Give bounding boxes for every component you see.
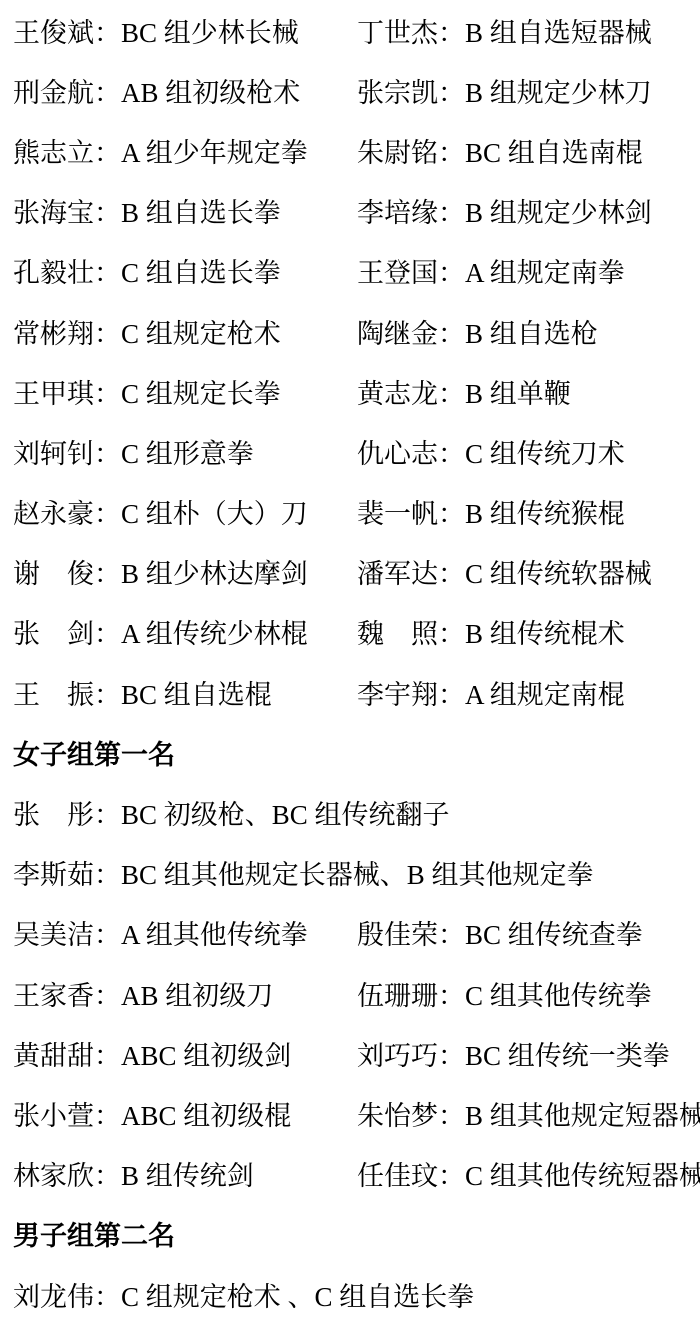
- athlete-entry: 孔毅壮：C 组自选长拳: [13, 251, 357, 290]
- athlete-entry: 王登国：A 组规定南拳: [357, 251, 694, 290]
- athlete-entry: 殷佳荣：BC 组传统查拳: [357, 913, 694, 952]
- athlete-entry: 熊志立：A 组少年规定拳: [13, 131, 357, 170]
- entry-row: 张小萱：ABC 组初级棍 朱怡梦：B 组其他规定短器械: [13, 1083, 694, 1143]
- entry-row: 张 剑：A 组传统少林棍 魏 照：B 组传统棍术: [13, 602, 694, 662]
- entry-row: 刑金航：AB 组初级枪术 张宗凯：B 组规定少林刀: [13, 60, 694, 120]
- entry-row: 谢 俊：B 组少林达摩剑 潘军达：C 组传统软器械: [13, 542, 694, 602]
- athlete-entry: 张 彤：BC 初级枪、BC 组传统翻子: [13, 793, 694, 832]
- entry-row: 黄甜甜：ABC 组初级剑 刘巧巧：BC 组传统一类拳: [13, 1023, 694, 1083]
- athlete-entry: 伍珊珊：C 组其他传统拳: [357, 974, 694, 1013]
- athlete-entry: 丁世杰：B 组自选短器械: [357, 11, 694, 50]
- athlete-entry: 朱怡梦：B 组其他规定短器械: [357, 1094, 700, 1133]
- athlete-entry: 魏 照：B 组传统棍术: [357, 612, 694, 651]
- section-header-men-second: 男子组第二名: [13, 1204, 694, 1264]
- athlete-entry: 刘巧巧：BC 组传统一类拳: [357, 1034, 694, 1073]
- entry-row: 刘龙伟：C 组规定枪术 、C 组自选长拳: [13, 1264, 694, 1324]
- athlete-entry: 刘轲钊：C 组形意拳: [13, 432, 357, 471]
- entry-row: 王俊斌：BC 组少林长械 丁世杰：B 组自选短器械: [13, 0, 694, 60]
- athlete-entry: 朱尉铭：BC 组自选南棍: [357, 131, 694, 170]
- athlete-entry: 黄甜甜：ABC 组初级剑: [13, 1034, 357, 1073]
- entry-row: 张 彤：BC 初级枪、BC 组传统翻子: [13, 782, 694, 842]
- athlete-entry: 王家香：AB 组初级刀: [13, 974, 357, 1013]
- athlete-entry: 刑金航：AB 组初级枪术: [13, 71, 357, 110]
- athlete-entry: 张海宝：B 组自选长拳: [13, 191, 357, 230]
- athlete-entry: 王甲琪：C 组规定长拳: [13, 372, 357, 411]
- entry-row: 王 振：BC 组自选棍 李宇翔：A 组规定南棍: [13, 662, 694, 722]
- athlete-entry: 赵永豪：C 组朴（大）刀: [13, 492, 357, 531]
- athlete-entry: 林家欣：B 组传统剑: [13, 1154, 357, 1193]
- entry-row: 熊志立：A 组少年规定拳 朱尉铭：BC 组自选南棍: [13, 120, 694, 180]
- entry-row: 林家欣：B 组传统剑 任佳玟：C 组其他传统短器械: [13, 1144, 694, 1204]
- athlete-entry: 王 振：BC 组自选棍: [13, 673, 357, 712]
- entry-row: 李斯茹：BC 组其他规定长器械、B 组其他规定拳: [13, 843, 694, 903]
- athlete-entry: 张 剑：A 组传统少林棍: [13, 612, 357, 651]
- athlete-entry: 李培缘：B 组规定少林剑: [357, 191, 694, 230]
- entry-row: 吴美洁：A 组其他传统拳 殷佳荣：BC 组传统查拳: [13, 903, 694, 963]
- athlete-entry: 王俊斌：BC 组少林长械: [13, 11, 357, 50]
- entry-row: 刘轲钊：C 组形意拳 仇心志：C 组传统刀术: [13, 421, 694, 481]
- athlete-entry: 刘龙伟：C 组规定枪术 、C 组自选长拳: [13, 1275, 694, 1314]
- entry-row: 张海宝：B 组自选长拳 李培缘：B 组规定少林剑: [13, 181, 694, 241]
- entry-row: 王甲琪：C 组规定长拳 黄志龙：B 组单鞭: [13, 361, 694, 421]
- entry-row: 赵永豪：C 组朴（大）刀 裴一帆：B 组传统猴棍: [13, 482, 694, 542]
- athlete-entry: 李斯茹：BC 组其他规定长器械、B 组其他规定拳: [13, 853, 694, 892]
- document-page: 王俊斌：BC 组少林长械 丁世杰：B 组自选短器械 刑金航：AB 组初级枪术 张…: [0, 0, 700, 1325]
- athlete-entry: 张宗凯：B 组规定少林刀: [357, 71, 694, 110]
- athlete-entry: 裴一帆：B 组传统猴棍: [357, 492, 694, 531]
- athlete-entry: 仇心志：C 组传统刀术: [357, 432, 694, 471]
- section-header-text: 女子组第一名: [13, 733, 175, 772]
- athlete-entry: 谢 俊：B 组少林达摩剑: [13, 552, 357, 591]
- athlete-entry: 潘军达：C 组传统软器械: [357, 552, 694, 591]
- athlete-entry: 黄志龙：B 组单鞭: [357, 372, 694, 411]
- athlete-entry: 李宇翔：A 组规定南棍: [357, 673, 694, 712]
- entry-row: 王家香：AB 组初级刀 伍珊珊：C 组其他传统拳: [13, 963, 694, 1023]
- section-header-women-first: 女子组第一名: [13, 722, 694, 782]
- athlete-entry: 陶继金：B 组自选枪: [357, 312, 694, 351]
- athlete-entry: 张小萱：ABC 组初级棍: [13, 1094, 357, 1133]
- entry-row: 孔毅壮：C 组自选长拳 王登国：A 组规定南拳: [13, 241, 694, 301]
- entry-row: 常彬翔：C 组规定枪术 陶继金：B 组自选枪: [13, 301, 694, 361]
- section-header-text: 男子组第二名: [13, 1214, 175, 1253]
- athlete-entry: 吴美洁：A 组其他传统拳: [13, 913, 357, 952]
- athlete-entry: 常彬翔：C 组规定枪术: [13, 312, 357, 351]
- athlete-entry: 任佳玟：C 组其他传统短器械: [357, 1154, 700, 1193]
